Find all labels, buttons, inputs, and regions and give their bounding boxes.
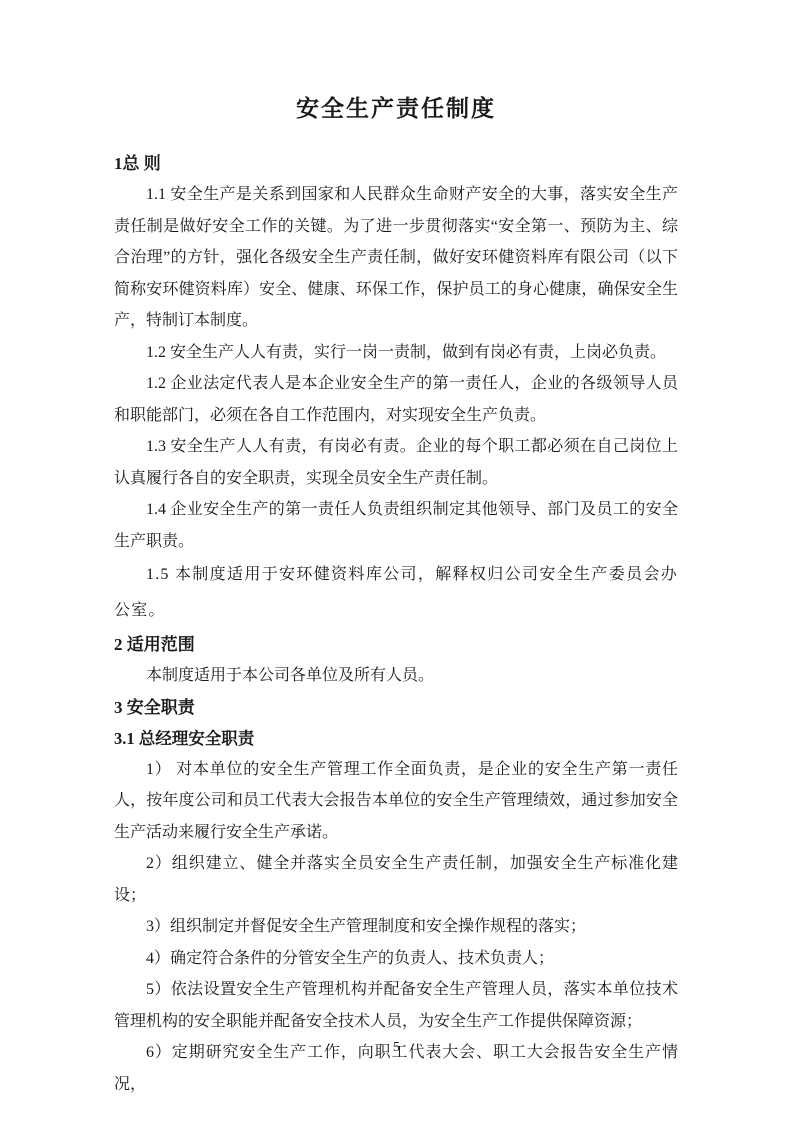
document-title: 安全生产责任制度 [114,94,678,124]
section-heading-3-1: 3.1 总经理安全职责 [114,723,678,754]
paragraph-scope: 本制度适用于本公司各单位及所有人员。 [114,660,678,692]
paragraph-duty-2: 2）组织建立、健全并落实全员安全生产责任制，加强安全生产标准化建设； [114,848,678,911]
paragraph-duty-1: 1） 对本单位的安全生产管理工作全面负责，是企业的安全生产第一责任人，按年度公司… [114,754,678,849]
section-heading-1: 1总 则 [114,148,678,179]
paragraph-1-1: 1.1 安全生产是关系到国家和人民群众生命财产安全的大事，落实安全生产责任制是做… [114,179,678,337]
paragraph-1-3: 1.3 安全生产人人有责，有岗必有责。企业的每个职工都必须在自己岗位上认真履行各… [114,431,678,494]
document-page: 安全生产责任制度 1总 则 1.1 安全生产是关系到国家和人民群众生命财产安全的… [0,0,793,1122]
paragraph-1-2a: 1.2 安全生产人人有责，实行一岗一责制，做到有岗必有责，上岗必负责。 [114,337,678,369]
paragraph-duty-4: 4）确定符合条件的分管安全生产的负责人、技术负责人； [114,943,678,975]
paragraph-duty-5: 5）依法设置安全生产管理机构并配备安全生产管理人员，落实本单位技术管理机构的安全… [114,974,678,1037]
paragraph-1-4: 1.4 企业安全生产的第一责任人负责组织制定其他领导、部门及员工的安全生产职责。 [114,494,678,557]
paragraph-1-2b: 1.2 企业法定代表人是本企业安全生产的第一责任人，企业的各级领导人员和职能部门… [114,368,678,431]
paragraph-duty-3: 3）组织制定并督促安全生产管理制度和安全操作规程的落实； [114,911,678,943]
section-heading-3: 3 安全职责 [114,692,678,723]
document-body: 安全生产责任制度 1总 则 1.1 安全生产是关系到国家和人民群众生命财产安全的… [114,94,678,1100]
section-heading-2: 2 适用范围 [114,629,678,660]
page-number: 5 [0,1038,793,1058]
paragraph-1-5: 1.5 本制度适用于安环健资料库公司，解释权归公司安全生产委员会办公室。 [114,557,678,629]
